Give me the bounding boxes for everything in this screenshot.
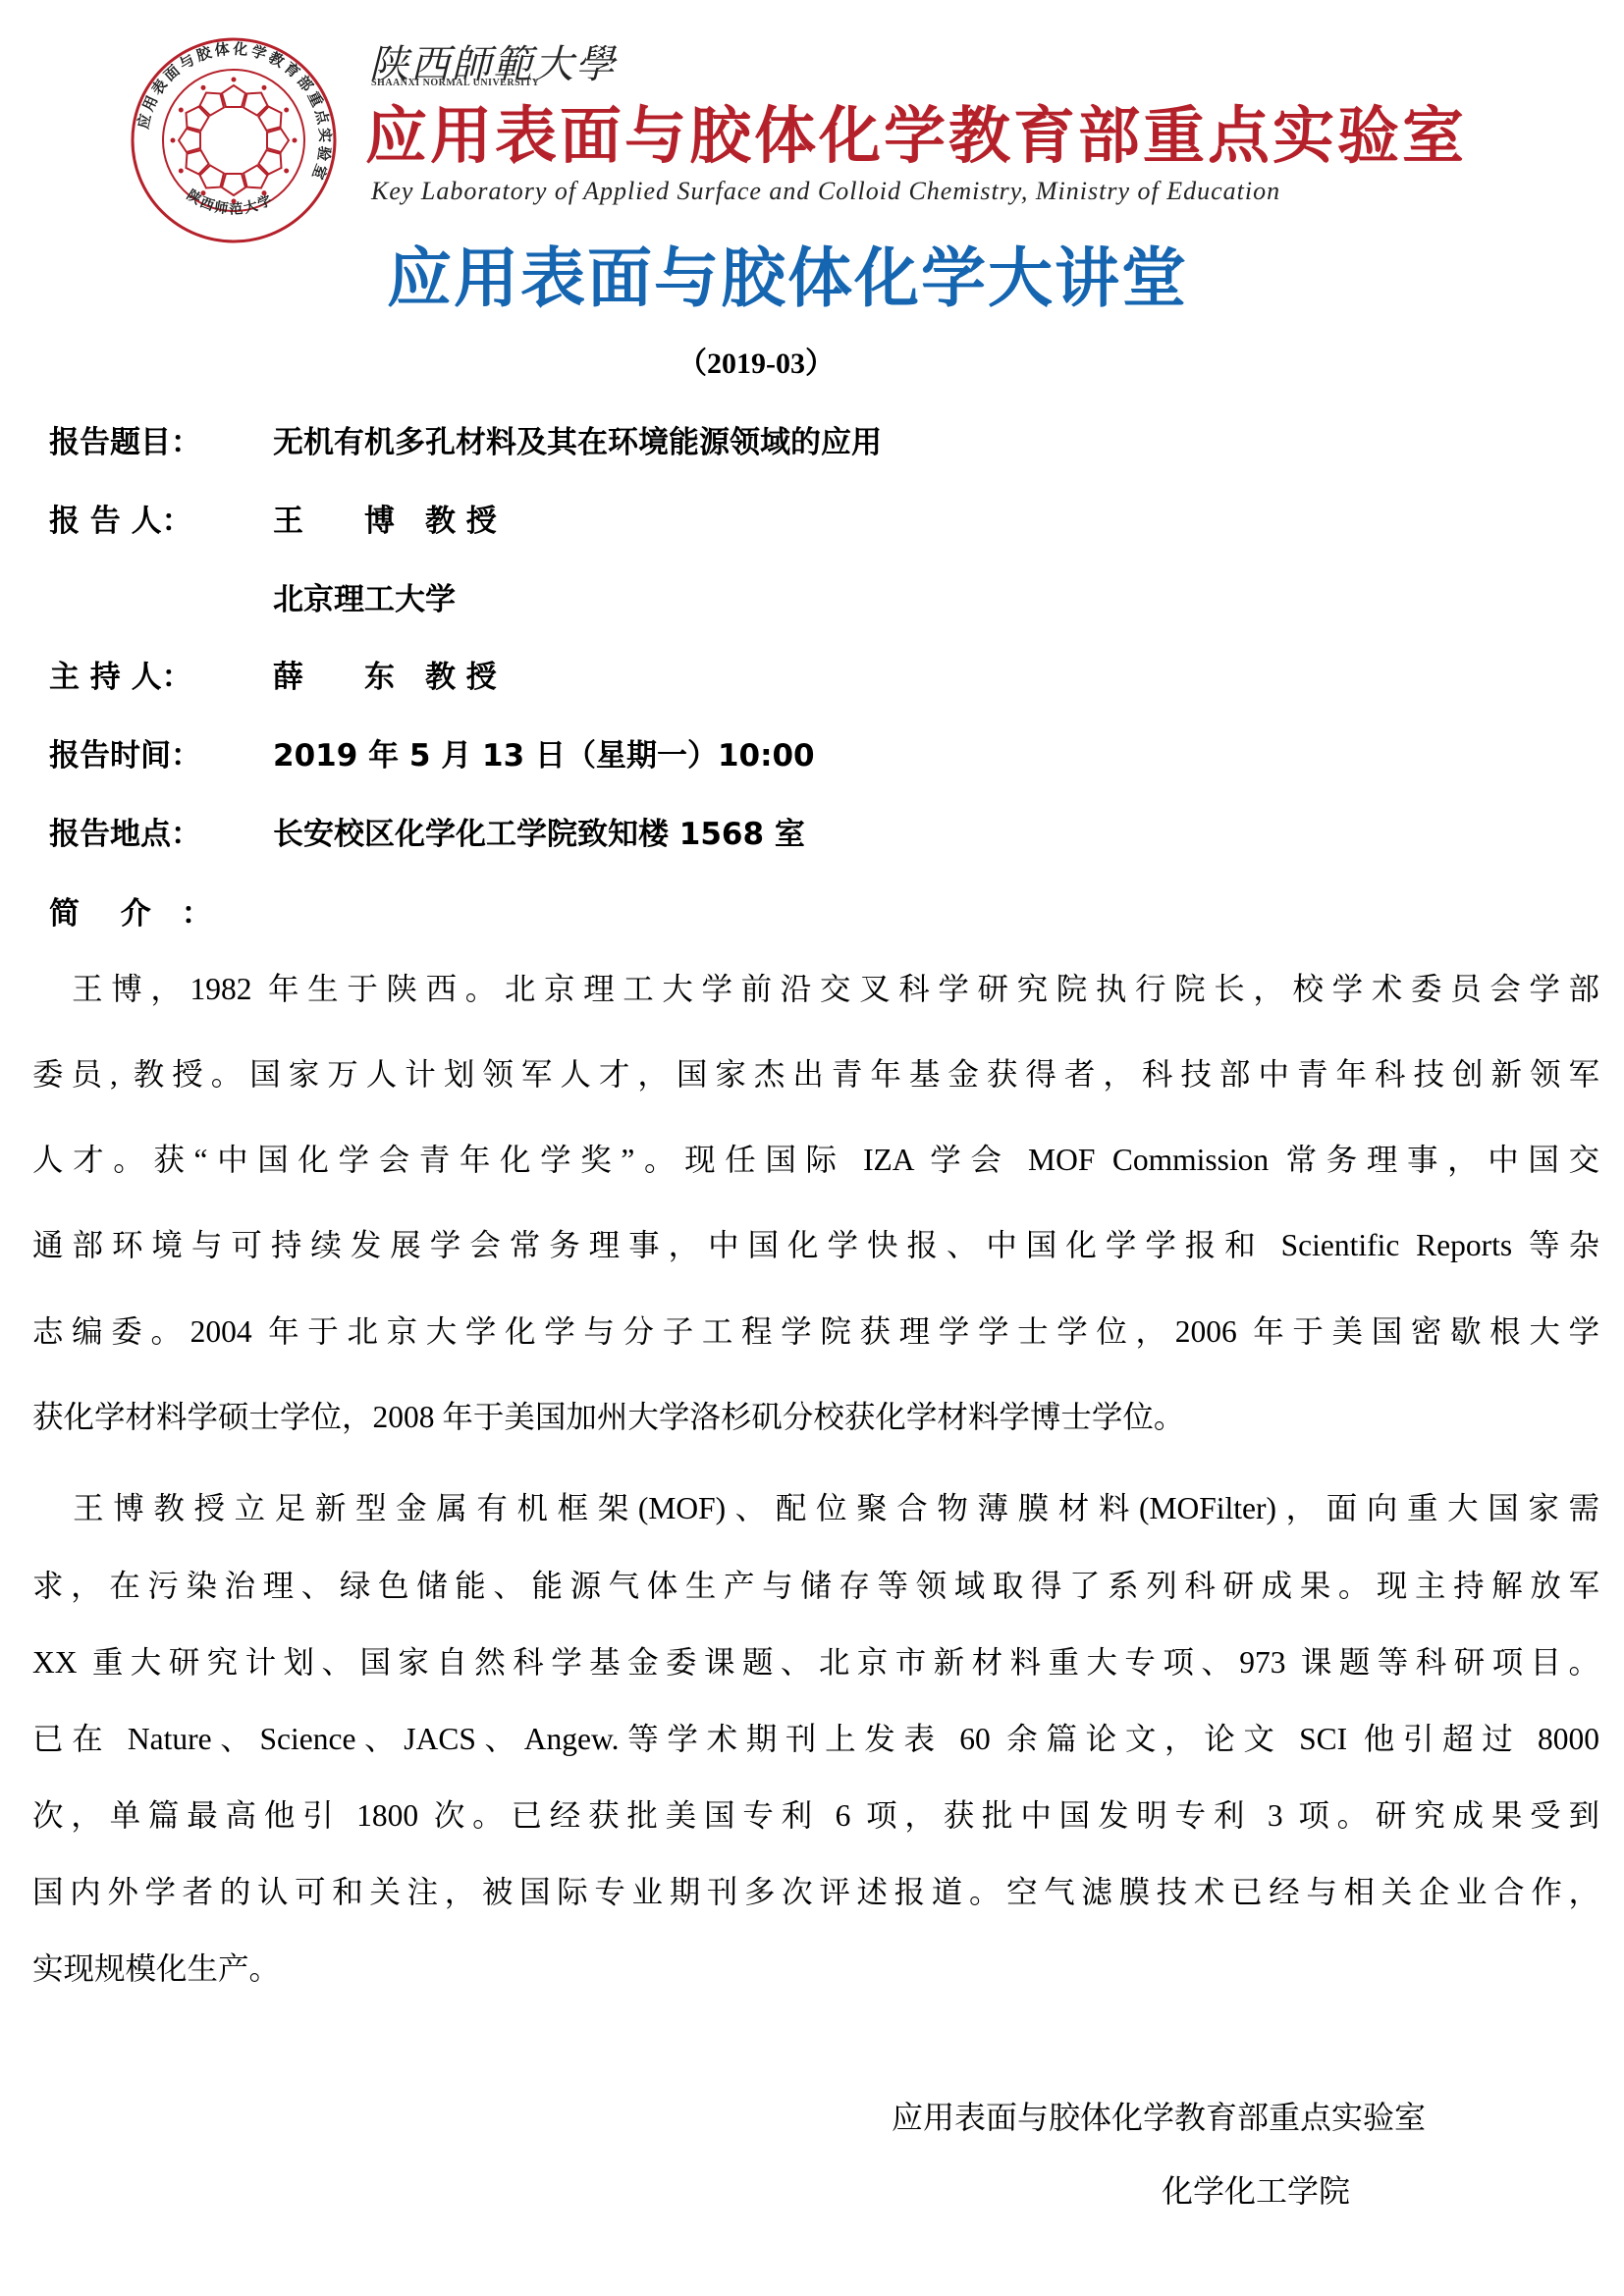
field-value: 2019 年 5 月 13 日（星期一）10:00: [273, 734, 815, 777]
bio-line: 王博教授立足新型金属有机框架(MOF)、配位聚合物薄膜材料(MOFilter)，…: [32, 1487, 1599, 1530]
svg-text:陕西师范大学: 陕西师范大学: [184, 187, 276, 218]
lab-name-cn: 应用表面与胶体化学教育部重点实验室: [365, 102, 1467, 171]
field-value: 长安校区化学化工学院致知楼 1568 室: [273, 813, 805, 856]
university-name-en: SHAANXI NORMAL UNIVERSITY: [371, 78, 539, 88]
bio-line: 志编委。2004 年于北京大学化学与分子工程学院获理学学士学位，2006 年于美…: [32, 1310, 1599, 1354]
bio-line: 次，单篇最高他引 1800 次。已经获批美国专利 6 项，获批中国发明专利 3 …: [32, 1794, 1599, 1838]
bio-line: 国内外学者的认可和关注，被国际专业期刊多次评述报道。空气滤膜技术已经与相关企业合…: [32, 1871, 1599, 1914]
bio-line: 通部环境与可持续发展学会常务理事，中国化学快报、中国化学学报和 Scientif…: [32, 1224, 1599, 1267]
bio-line: 求，在污染治理、绿色储能、能源气体生产与储存等领域取得了系列科研成果。现主持解放…: [32, 1565, 1599, 1608]
field-value: 无机有机多孔材料及其在环境能源领域的应用: [273, 421, 882, 464]
field-label: 简 介 ：: [49, 892, 212, 935]
field-value: 北京理工大学: [273, 578, 456, 621]
footer-school: 化学化工学院: [1162, 2166, 1350, 2212]
bio-line: 王博，1982 年生于陕西。北京理工大学前沿交叉科学研究院执行院长，校学术委员会…: [32, 968, 1599, 1011]
field-value: 薛 东 教 授: [273, 656, 497, 699]
field-label: 报 告 人：: [49, 500, 192, 543]
bio-line: 实现规模化生产。: [32, 1948, 1599, 1991]
svg-text:应用表面与胶体化学教育部重点实验室: 应用表面与胶体化学教育部重点实验室: [135, 40, 335, 186]
field-label: 报告时间：: [49, 734, 201, 777]
bio-line: 获化学材料学硕士学位，2008 年于美国加州大学洛杉矶分校获化学材料学博士学位。: [32, 1396, 1599, 1439]
footer-organizer: 应用表面与胶体化学教育部重点实验室: [892, 2093, 1426, 2138]
field-label: 报告地点：: [49, 813, 201, 856]
field-value: 王 博 教 授: [273, 500, 497, 543]
lab-seal-logo-icon: 应用表面与胶体化学教育部重点实验室 陕西师范大学: [130, 36, 338, 244]
bio-line: 委员, 教授。国家万人计划领军人才，国家杰出青年基金获得者，科技部中青年科技创新…: [32, 1053, 1599, 1096]
page-title: 应用表面与胶体化学大讲堂: [387, 240, 1188, 318]
field-label: 主 持 人：: [49, 656, 192, 699]
bio-line: 人才。获“中国化学会青年化学奖”。现任国际 IZA 学会 MOF Commiss…: [32, 1139, 1599, 1182]
issue-number: （2019-03）: [677, 339, 835, 382]
bio-line: XX 重大研究计划、国家自然科学基金委课题、北京市新材料重大专项、973 课题等…: [32, 1641, 1599, 1684]
bio-line: 已在 Nature、Science、JACS、Angew.等学术期刊上发表 60…: [32, 1718, 1599, 1761]
logo-ring-text: 应用表面与胶体化学教育部重点实验室: [135, 40, 335, 186]
field-label: 报告题目：: [49, 421, 201, 464]
lab-name-en: Key Laboratory of Applied Surface and Co…: [371, 177, 1280, 206]
